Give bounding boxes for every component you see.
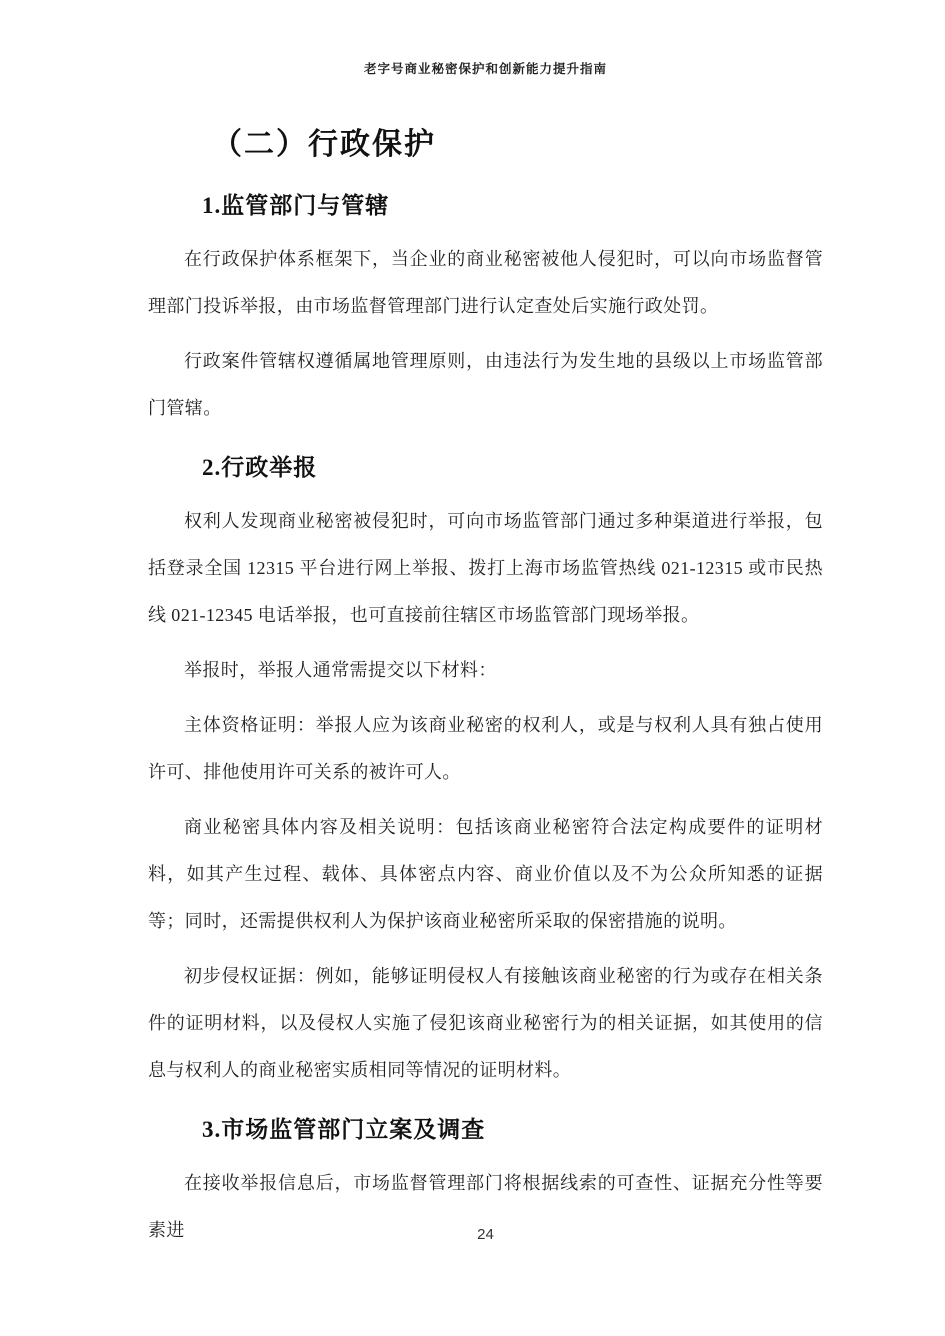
page-number: 24 bbox=[148, 1226, 823, 1243]
paragraph: 行政案件管辖权遵循属地管理原则，由违法行为发生地的县级以上市场监管部门管辖。 bbox=[148, 338, 823, 432]
paragraph: 初步侵权证据：例如，能够证明侵权人有接触该商业秘密的行为或存在相关条件的证明材料… bbox=[148, 953, 823, 1094]
paragraph: 在行政保护体系框架下，当企业的商业秘密被他人侵犯时，可以向市场监督管理部门投诉举… bbox=[148, 236, 823, 330]
subsection-heading-3: 3.市场监管部门立案及调查 bbox=[148, 1112, 823, 1148]
section-title: （二）行政保护 bbox=[148, 124, 823, 166]
paragraph: 权利人发现商业秘密被侵犯时，可向市场监管部门通过多种渠道进行举报，包括登录全国 … bbox=[148, 498, 823, 639]
document-page: { "document": { "header_text": "老字号商业秘密保… bbox=[0, 0, 945, 1336]
paragraph: 商业秘密具体内容及相关说明：包括该商业秘密符合法定构成要件的证明材料，如其产生过… bbox=[148, 804, 823, 945]
subsection-heading-1: 1.监管部门与管辖 bbox=[148, 188, 823, 224]
paragraph: 举报时，举报人通常需提交以下材料： bbox=[148, 647, 823, 694]
page-header-title: 老字号商业秘密保护和创新能力提升指南 bbox=[148, 60, 823, 78]
subsection-heading-2: 2.行政举报 bbox=[148, 450, 823, 486]
document-body: 老字号商业秘密保护和创新能力提升指南 （二）行政保护 1.监管部门与管辖 在行政… bbox=[0, 0, 945, 1254]
paragraph: 主体资格证明：举报人应为该商业秘密的权利人，或是与权利人具有独占使用许可、排他使… bbox=[148, 702, 823, 796]
